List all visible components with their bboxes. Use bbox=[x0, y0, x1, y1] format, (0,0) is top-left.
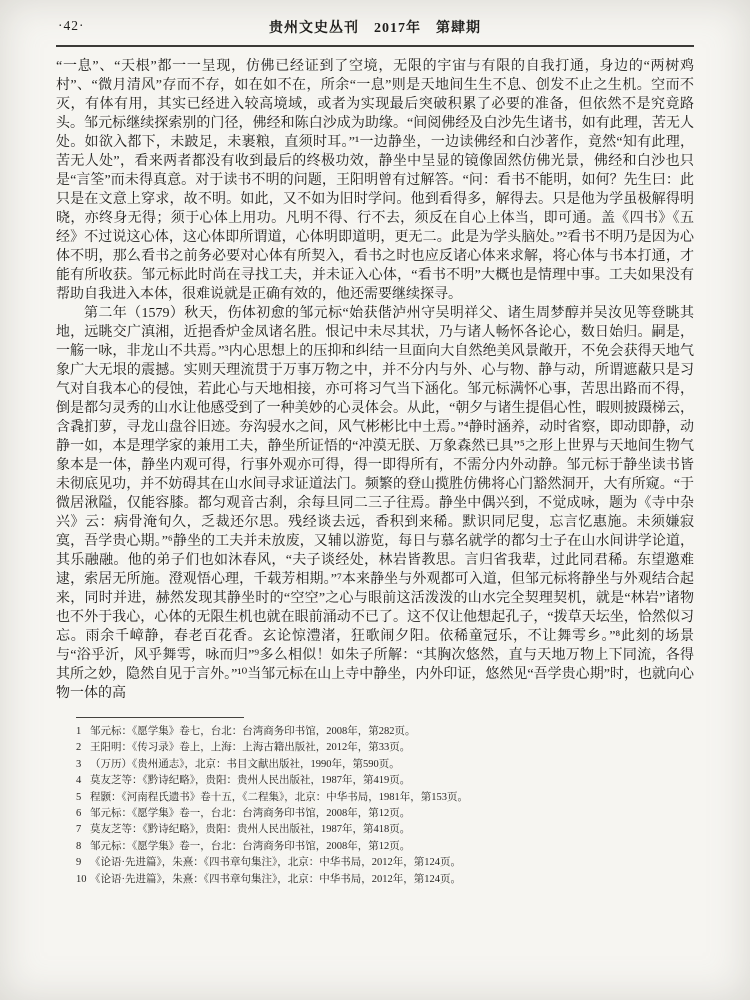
footnote-text: 莫友芝等：《黔诗纪略》，贵阳：贵州人民出版社，1987年，第419页。 bbox=[90, 775, 410, 786]
footnote-text: 程颢：《河南程氏遗书》卷十五，《二程集》，北京：中华书局，1981年，第153页… bbox=[90, 792, 468, 803]
footnote-item: 1邹元标：《愿学集》卷七，台北：台湾商务印书馆，2008年，第282页。 bbox=[76, 724, 694, 740]
footnote-number: 10 bbox=[76, 872, 87, 888]
header-divider bbox=[56, 45, 694, 47]
footnote-text: 邹元标：《愿学集》卷一，台北：台湾商务印书馆，2008年，第12页。 bbox=[90, 841, 410, 852]
paragraph: 第二年（1579）秋天，伤体初愈的邹元标“始获偕泸州守吴明祥父、诸生周梦醇并吴汝… bbox=[56, 304, 694, 703]
footnote-text: 《论语·先进篇》，朱熹：《四书章句集注》，北京：中华书局，2012年，第124页… bbox=[90, 857, 461, 868]
footnote-item: 9《论语·先进篇》，朱熹：《四书章句集注》，北京：中华书局，2012年，第124… bbox=[76, 855, 694, 871]
footnote-item: 3（万历）《贵州通志》，北京：书目文献出版社，1990年，第590页。 bbox=[76, 757, 694, 773]
journal-title: 贵州文史丛刊 2017年 第肆期 bbox=[56, 14, 694, 37]
footnotes-section: 1邹元标：《愿学集》卷七，台北：台湾商务印书馆，2008年，第282页。 2王阳… bbox=[56, 724, 694, 888]
footnote-number: 6 bbox=[76, 806, 87, 822]
page-header: ·42· 贵州文史丛刊 2017年 第肆期 bbox=[56, 14, 694, 40]
scanned-journal-page: ·42· 贵州文史丛刊 2017年 第肆期 “一息”、“天根”都一一呈现，仿佛已… bbox=[0, 0, 750, 1000]
footnote-text: 莫友芝等：《黔诗纪略》，贵阳：贵州人民出版社，1987年，第418页。 bbox=[90, 824, 410, 835]
footnote-item: 4莫友芝等：《黔诗纪略》，贵阳：贵州人民出版社，1987年，第419页。 bbox=[76, 773, 694, 789]
footnote-text: 邹元标：《愿学集》卷一，台北：台湾商务印书馆，2008年，第12页。 bbox=[90, 808, 410, 819]
footnote-text: 《论语·先进篇》，朱熹：《四书章句集注》，北京：中华书局，2012年，第124页… bbox=[90, 874, 461, 885]
footnote-item: 2王阳明：《传习录》卷上，上海：上海古籍出版社，2012年，第33页。 bbox=[76, 740, 694, 756]
footnote-number: 8 bbox=[76, 839, 87, 855]
footnote-number: 7 bbox=[76, 822, 87, 838]
footnote-item: 10《论语·先进篇》，朱熹：《四书章句集注》，北京：中华书局，2012年，第12… bbox=[76, 872, 694, 888]
footnote-item: 5程颢：《河南程氏遗书》卷十五，《二程集》，北京：中华书局，1981年，第153… bbox=[76, 790, 694, 806]
footnote-item: 8邹元标：《愿学集》卷一，台北：台湾商务印书馆，2008年，第12页。 bbox=[76, 839, 694, 855]
footnote-number: 4 bbox=[76, 773, 87, 789]
footnote-item: 7莫友芝等：《黔诗纪略》，贵阳：贵州人民出版社，1987年，第418页。 bbox=[76, 822, 694, 838]
footnote-number: 5 bbox=[76, 790, 87, 806]
footnote-text: 王阳明：《传习录》卷上，上海：上海古籍出版社，2012年，第33页。 bbox=[90, 742, 410, 753]
footnote-text: 邹元标：《愿学集》卷七，台北：台湾商务印书馆，2008年，第282页。 bbox=[90, 726, 416, 737]
article-body: “一息”、“天根”都一一呈现，仿佛已经证到了空境，无限的宇宙与有限的自我打通，身… bbox=[56, 57, 694, 703]
footnote-number: 3 bbox=[76, 757, 87, 773]
page-number: ·42· bbox=[58, 18, 85, 34]
footnote-number: 9 bbox=[76, 855, 87, 871]
footnote-text: （万历）《贵州通志》，北京：书目文献出版社，1990年，第590页。 bbox=[90, 759, 400, 770]
footnote-item: 6邹元标：《愿学集》卷一，台北：台湾商务印书馆，2008年，第12页。 bbox=[76, 806, 694, 822]
paragraph: “一息”、“天根”都一一呈现，仿佛已经证到了空境，无限的宇宙与有限的自我打通，身… bbox=[56, 57, 694, 304]
footnote-number: 2 bbox=[76, 740, 87, 756]
footnote-divider bbox=[76, 717, 244, 718]
footnote-number: 1 bbox=[76, 724, 87, 740]
